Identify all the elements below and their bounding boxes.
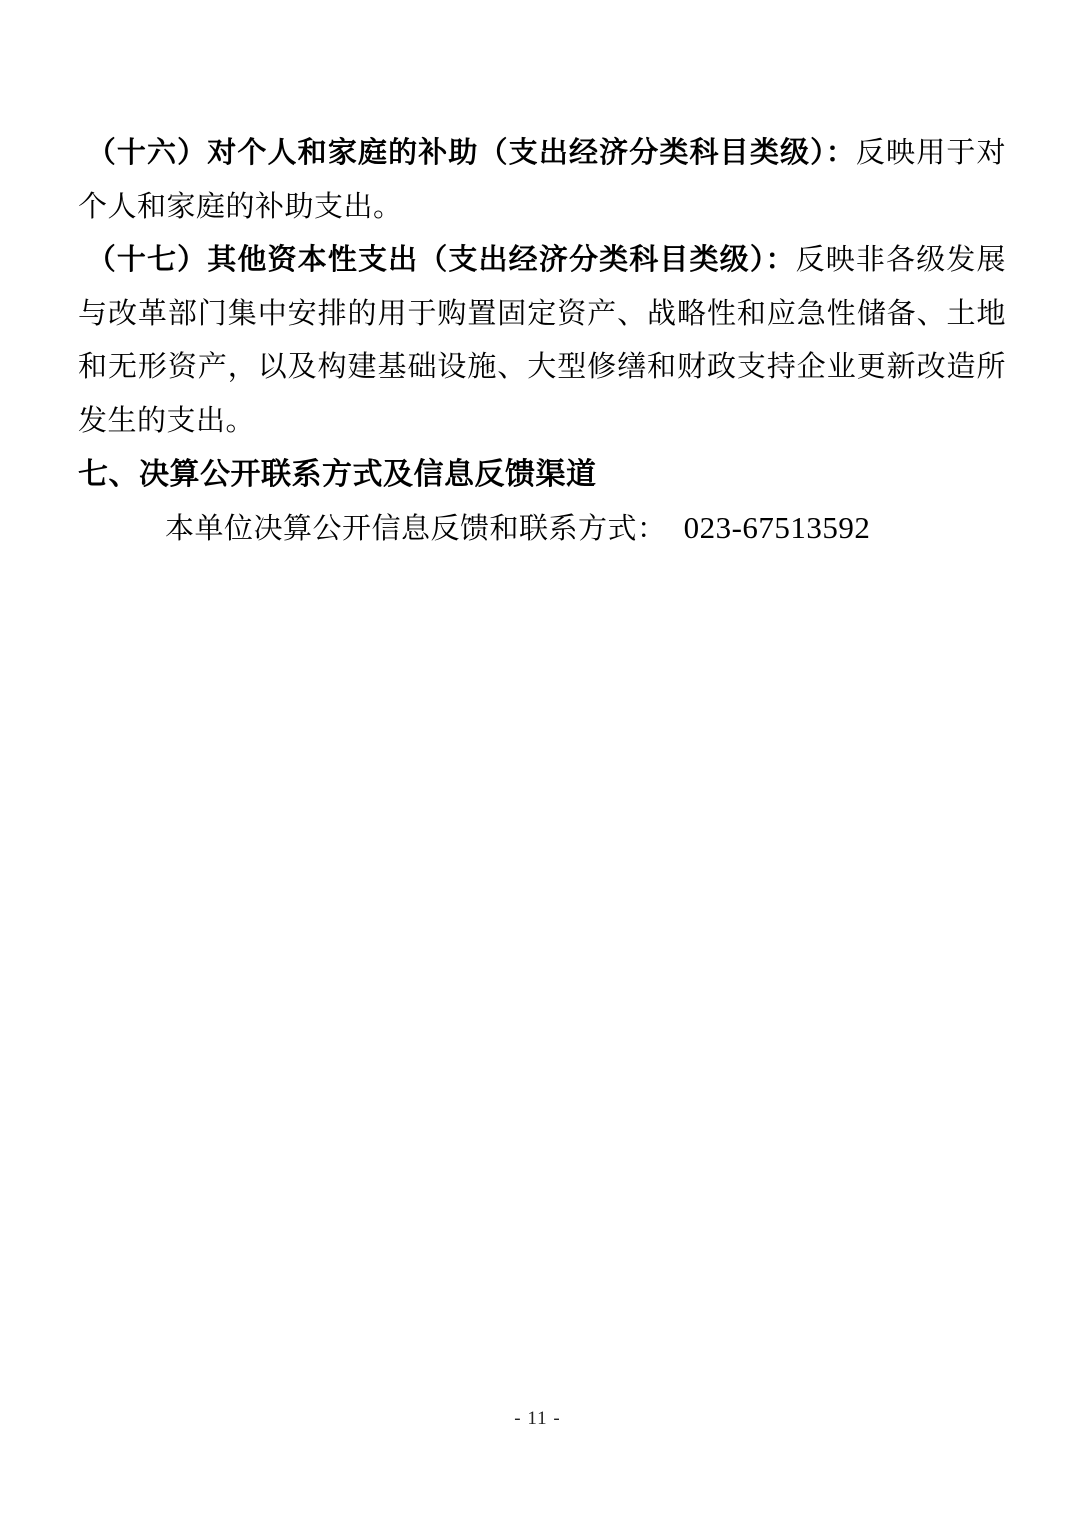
- paragraph-item-16: （十六）对个人和家庭的补助（支出经济分类科目类级）：反映用于对个人和家庭的补助支…: [78, 126, 1006, 233]
- paragraph-item-16-lead: （十六）对个人和家庭的补助（支出经济分类科目类级）：: [87, 135, 856, 169]
- section-heading-seven: 七、决算公开联系方式及信息反馈渠道: [78, 448, 1006, 502]
- contact-label: 本单位决算公开信息反馈和联系方式：: [165, 511, 667, 545]
- paragraph-item-17-lead: （十七）其他资本性支出（支出经济分类科目类级）：: [87, 242, 796, 276]
- page-number: - 11 -: [0, 1408, 1075, 1430]
- document-body: （十六）对个人和家庭的补助（支出经济分类科目类级）：反映用于对个人和家庭的补助支…: [78, 126, 1006, 556]
- contact-line: 本单位决算公开信息反馈和联系方式：023-67513592: [78, 501, 1006, 556]
- document-page: （十六）对个人和家庭的补助（支出经济分类科目类级）：反映用于对个人和家庭的补助支…: [0, 0, 1075, 1520]
- contact-phone-number: 023-67513592: [684, 510, 871, 545]
- paragraph-item-17: （十七）其他资本性支出（支出经济分类科目类级）：反映非各级发展与改革部门集中安排…: [78, 233, 1006, 447]
